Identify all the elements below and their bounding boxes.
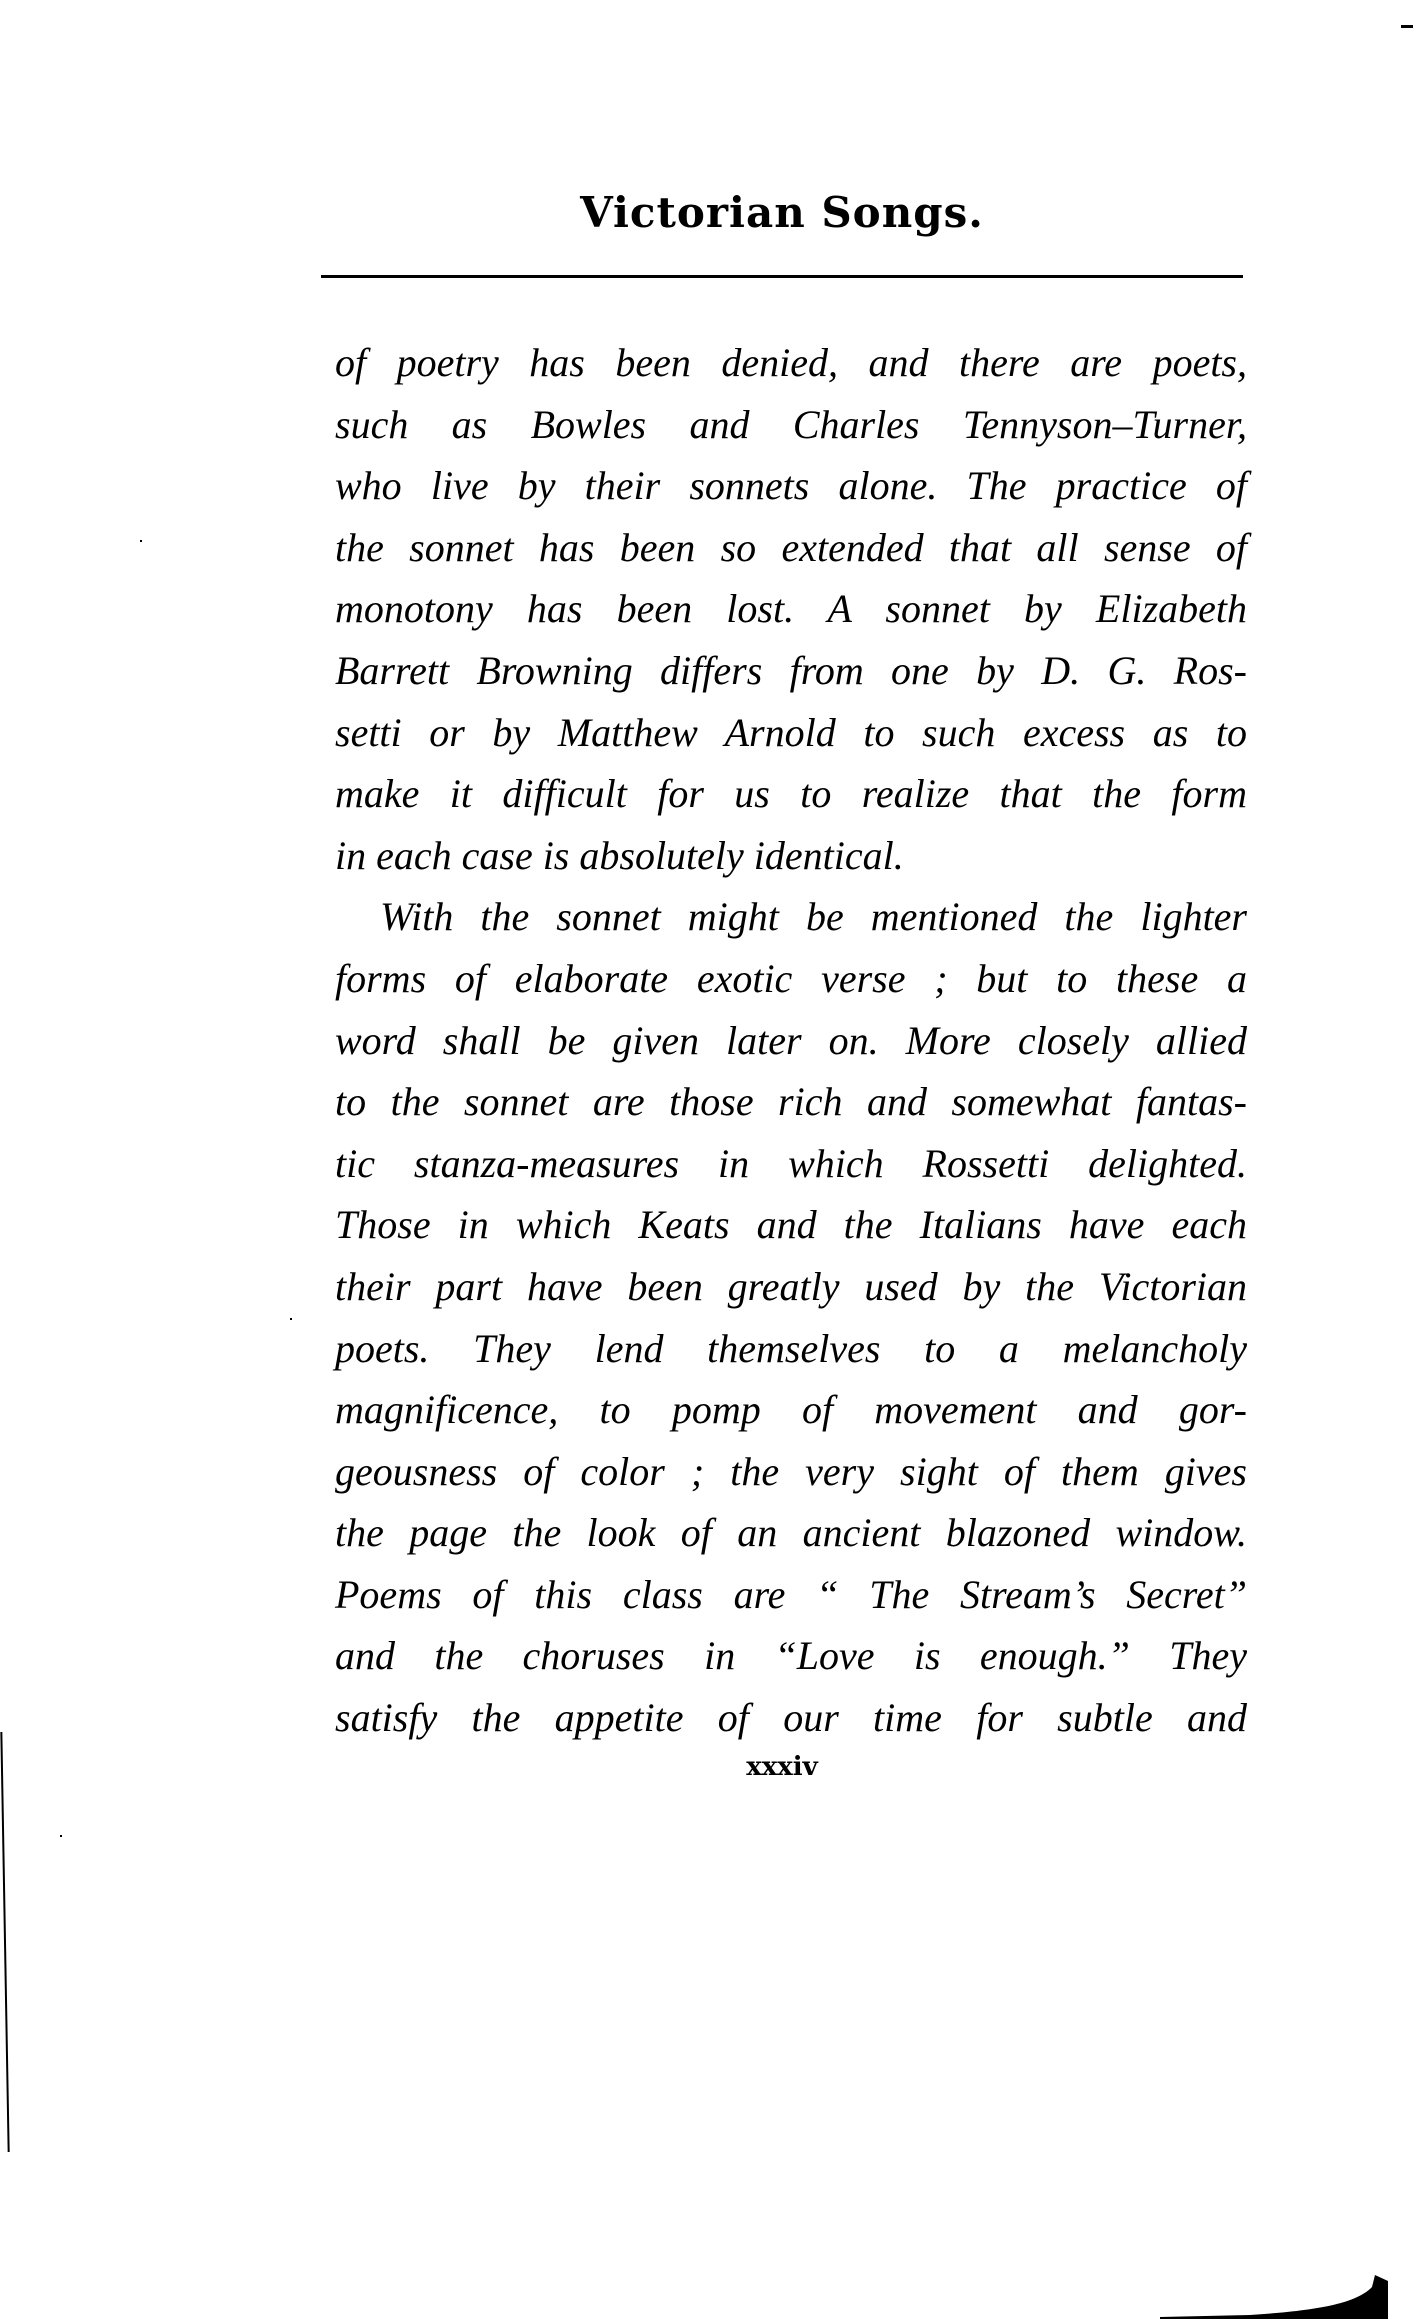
text-line: make it difficult for us to realize that… bbox=[335, 763, 1247, 825]
text-line: magnificence, to pomp of movement and go… bbox=[335, 1379, 1247, 1441]
text-line: Poems of this class are “ The Stream’s S… bbox=[335, 1564, 1247, 1626]
body-text: of poetry has been denied, and there are… bbox=[335, 332, 1247, 1749]
text-line: such as Bowles and Charles Tennyson–Turn… bbox=[335, 394, 1247, 456]
paragraph-start-line: With the sonnet might be mentioned the l… bbox=[335, 886, 1247, 948]
text-line: forms of elaborate exotic verse ; but to… bbox=[335, 948, 1247, 1010]
text-line: their part have been greatly used by the… bbox=[335, 1256, 1247, 1318]
text-line: tic stanza-measures in which Rossetti de… bbox=[335, 1133, 1247, 1195]
text-line: Barrett Browning differs from one by D. … bbox=[335, 640, 1247, 702]
text-line: satisfy the appetite of our time for sub… bbox=[335, 1687, 1247, 1749]
text-line: in each case is absolutely identical. bbox=[335, 825, 1247, 887]
scan-speck bbox=[290, 1318, 292, 1320]
text-line: of poetry has been denied, and there are… bbox=[335, 332, 1247, 394]
text-line: to the sonnet are those rich and somewha… bbox=[335, 1071, 1247, 1133]
text-line: the sonnet has been so extended that all… bbox=[335, 517, 1247, 579]
book-page: Victorian Songs. of poetry has been deni… bbox=[0, 0, 1427, 2322]
header-rule bbox=[321, 275, 1243, 278]
text-line: and the choruses in “Love is enough.” Th… bbox=[335, 1625, 1247, 1687]
text-line: who live by their sonnets alone. The pra… bbox=[335, 455, 1247, 517]
page-edge-line bbox=[0, 1732, 9, 2152]
page-curl-corner bbox=[1160, 2275, 1390, 2319]
scan-speck bbox=[60, 1835, 62, 1837]
text-line: geousness of color ; the very sight of t… bbox=[335, 1441, 1247, 1503]
text-line: setti or by Matthew Arnold to such exces… bbox=[335, 702, 1247, 764]
text-line: Those in which Keats and the Italians ha… bbox=[335, 1194, 1247, 1256]
scan-mark bbox=[1401, 25, 1413, 28]
text-line: the page the look of an ancient blazoned… bbox=[335, 1502, 1247, 1564]
running-title: Victorian Songs. bbox=[320, 188, 1244, 238]
text-line: word shall be given later on. More close… bbox=[335, 1010, 1247, 1072]
text-line: monotony has been lost. A sonnet by Eliz… bbox=[335, 578, 1247, 640]
page-number: xxxiv bbox=[320, 1752, 1244, 1782]
text-line: poets. They lend themselves to a melanch… bbox=[335, 1318, 1247, 1380]
scan-speck bbox=[140, 540, 142, 542]
